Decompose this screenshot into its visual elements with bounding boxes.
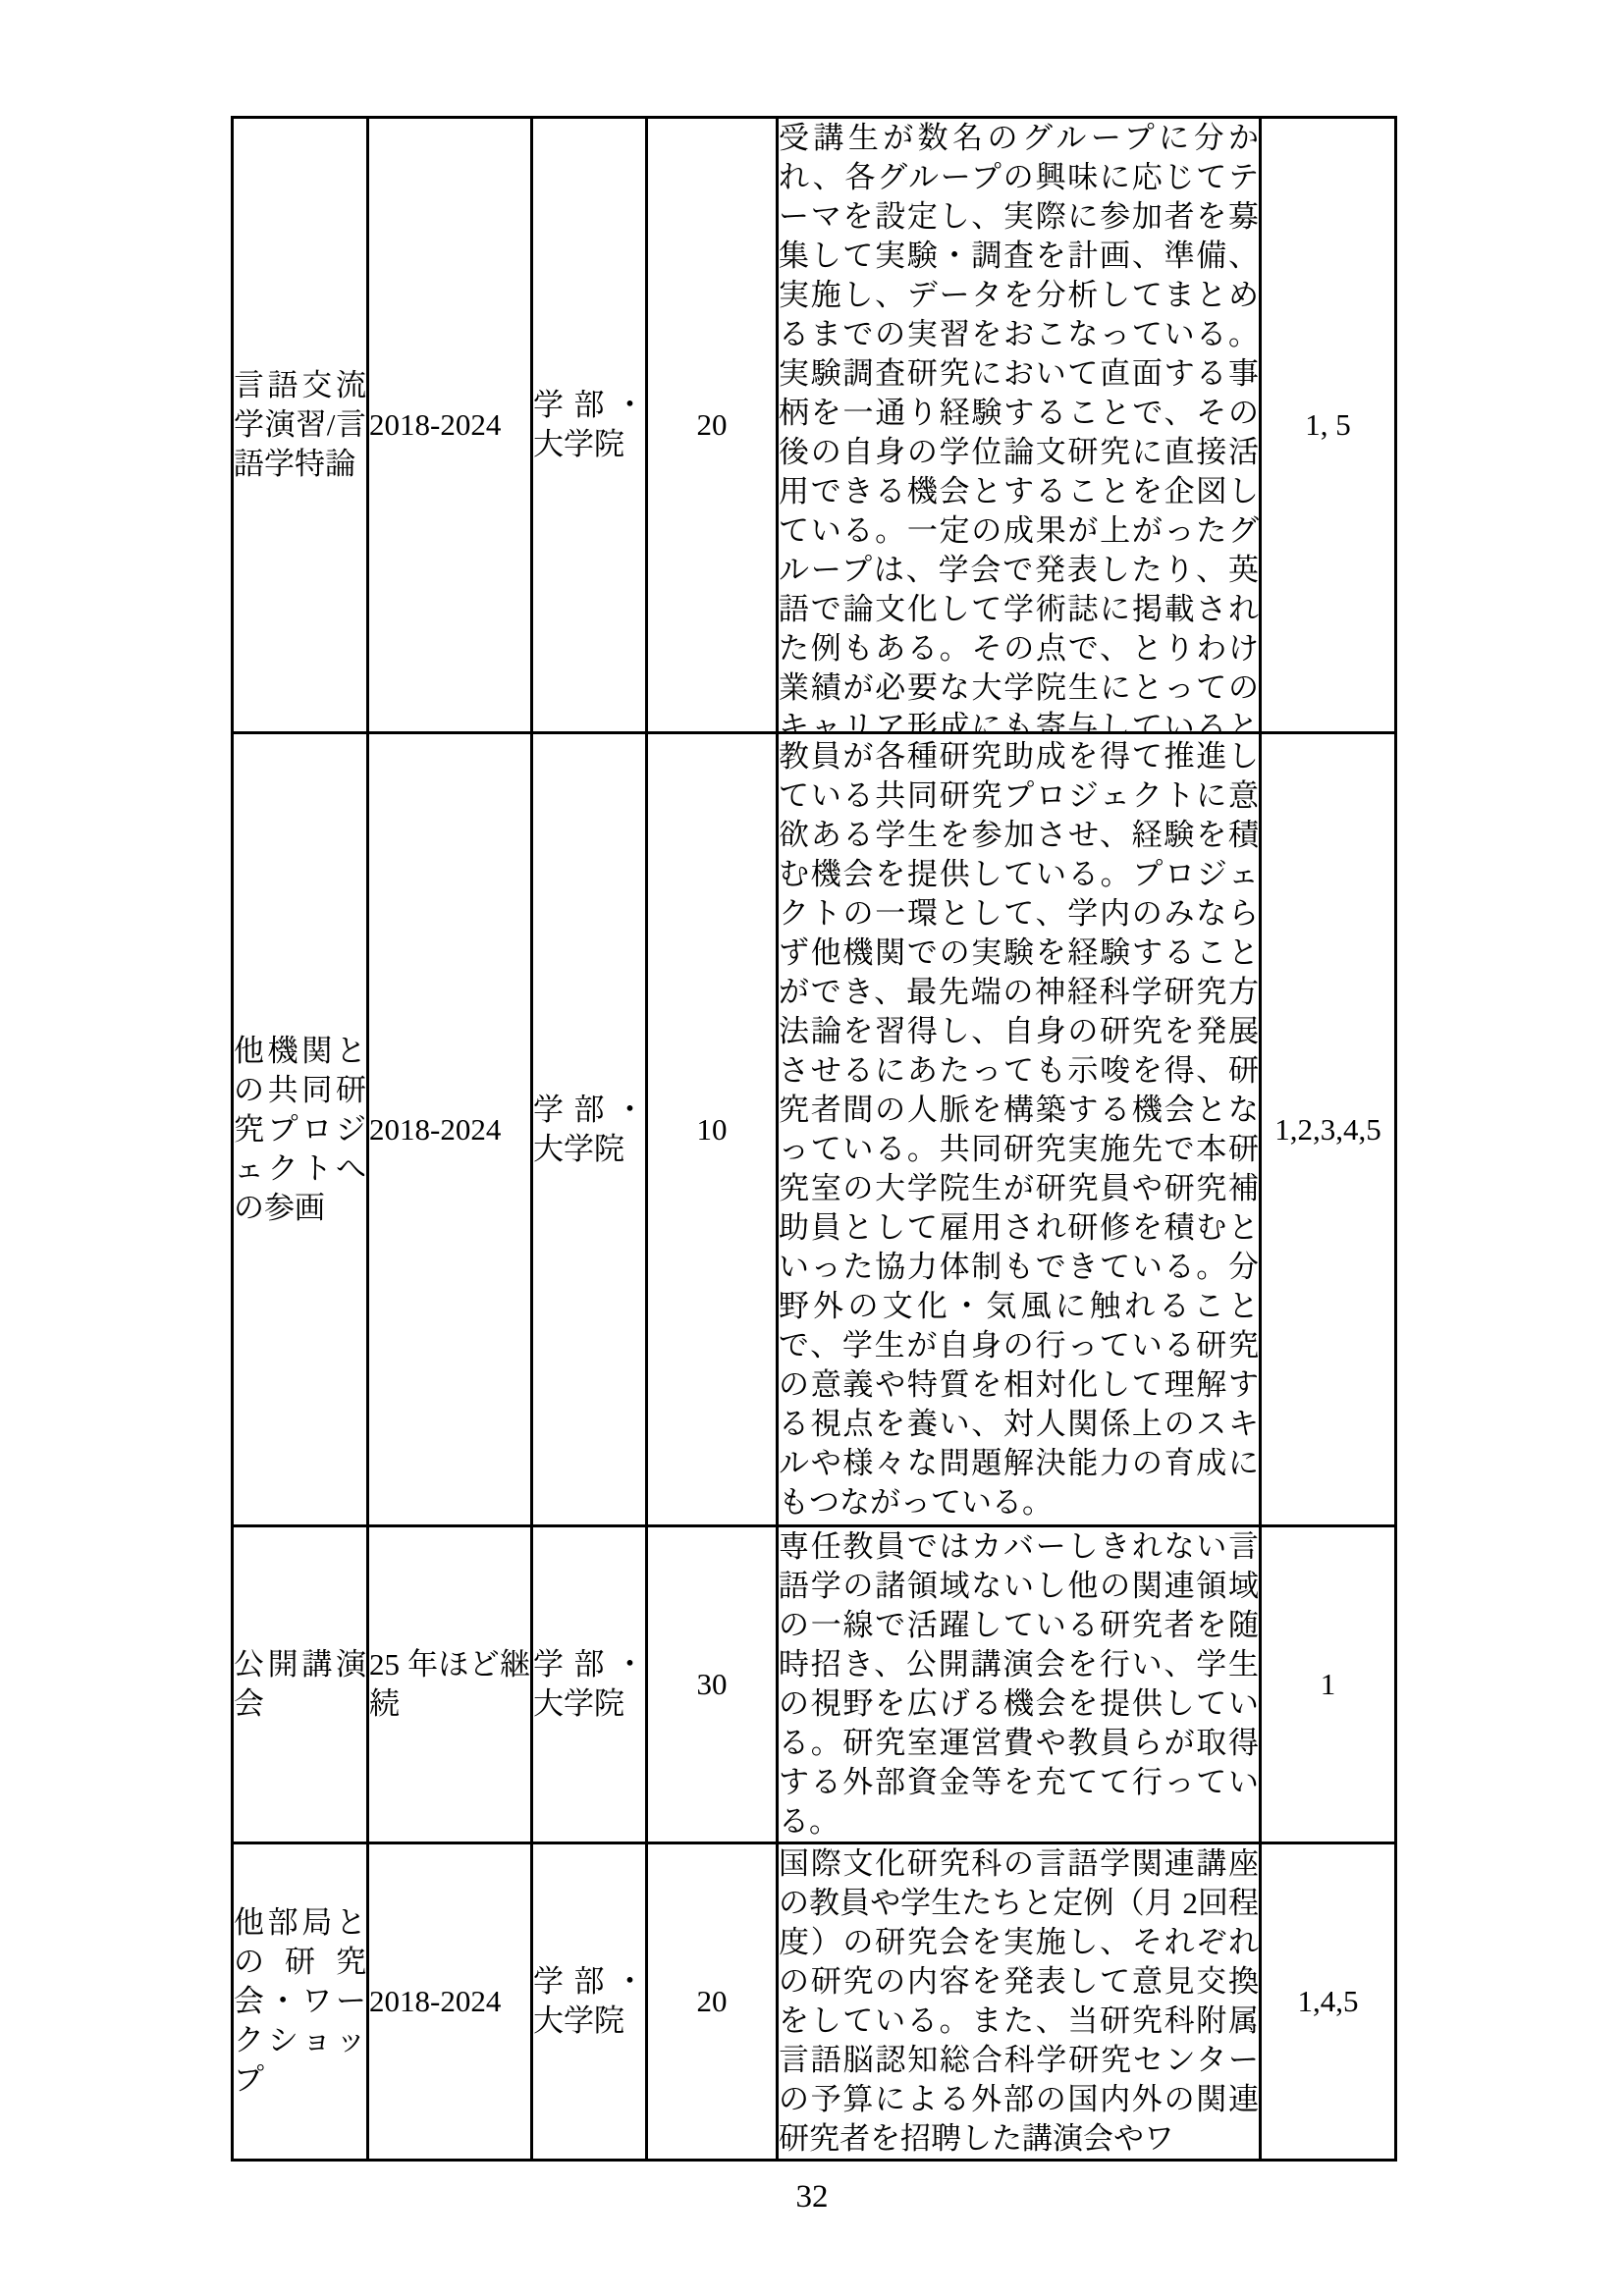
participants: 30 [648,1665,776,1704]
level: 学部・大学院 [533,1962,645,2041]
description-cell: 教員が各種研究助成を得て推進している共同研究プロジェクトに意欲ある学生を参加させ… [778,733,1261,1526]
period-cell: 25 年ほど継続 [368,1526,532,1843]
table-row: 他部局との研究会・ワークショップ 2018-2024 学部・大学院 20 国際文… [233,1843,1396,2161]
level: 学部・大学院 [533,1645,645,1724]
participants-cell: 10 [647,733,778,1526]
period-cell: 2018-2024 [368,733,532,1526]
codes-cell: 1,4,5 [1261,1843,1396,2161]
description: 受講生が数名のグループに分かれ、各グループの興味に応じてテーマを設定し、実際に参… [779,119,1259,731]
participants: 20 [648,405,776,445]
table-row: 他機関との共同研究プロジェクトへの参画 2018-2024 学部・大学院 10 … [233,733,1396,1526]
activity-name: 他機関との共同研究プロジェクトへの参画 [234,1032,366,1228]
activity-name-cell: 他機関との共同研究プロジェクトへの参画 [233,733,368,1526]
level-cell: 学部・大学院 [532,733,647,1526]
activity-name: 言語交流学演習/言語学特論 [234,366,366,484]
codes-cell: 1,2,3,4,5 [1261,733,1396,1526]
codes: 1,4,5 [1262,1982,1394,2021]
level-cell: 学部・大学院 [532,1843,647,2161]
description-cell: 受講生が数名のグループに分かれ、各グループの興味に応じてテーマを設定し、実際に参… [778,118,1261,733]
activity-name: 他部局との研究会・ワークショップ [234,1903,366,2100]
period: 25 年ほど継続 [369,1645,530,1724]
period-cell: 2018-2024 [368,1843,532,2161]
period: 2018-2024 [369,1110,530,1149]
table-row: 言語交流学演習/言語学特論 2018-2024 学部・大学院 20 受講生が数名… [233,118,1396,733]
codes-cell: 1 [1261,1526,1396,1843]
description: 教員が各種研究助成を得て推進している共同研究プロジェクトに意欲ある学生を参加させ… [779,737,1259,1522]
description: 国際文化研究科の言語学関連講座の教員や学生たちと定例（月 2回程度）の研究会を実… [779,1844,1259,2159]
description-cell: 専任教員ではカバーしきれない言語学の諸領域ないし他の関連領域の一線で活躍している… [778,1526,1261,1843]
description: 専任教員ではカバーしきれない言語学の諸領域ないし他の関連領域の一線で活躍している… [779,1527,1259,1842]
activity-name-cell: 公開講演会 [233,1526,368,1843]
participants-cell: 20 [647,118,778,733]
activity-name-cell: 他部局との研究会・ワークショップ [233,1843,368,2161]
level-cell: 学部・大学院 [532,118,647,733]
description-cell: 国際文化研究科の言語学関連講座の教員や学生たちと定例（月 2回程度）の研究会を実… [778,1843,1261,2161]
activity-name: 公開講演会 [234,1645,366,1724]
activity-name-cell: 言語交流学演習/言語学特論 [233,118,368,733]
level-cell: 学部・大学院 [532,1526,647,1843]
participants-cell: 30 [647,1526,778,1843]
codes-cell: 1, 5 [1261,118,1396,733]
codes: 1 [1262,1665,1394,1704]
period: 2018-2024 [369,405,530,445]
period-cell: 2018-2024 [368,118,532,733]
page-number: 32 [0,2177,1624,2216]
participants-cell: 20 [647,1843,778,2161]
codes: 1,2,3,4,5 [1262,1110,1394,1149]
participants: 20 [648,1982,776,2021]
table-row: 公開講演会 25 年ほど継続 学部・大学院 30 専任教員ではカバーしきれない言… [233,1526,1396,1843]
codes: 1, 5 [1262,405,1394,445]
level: 学部・大学院 [533,386,645,464]
period: 2018-2024 [369,1982,530,2021]
activities-table: 言語交流学演習/言語学特論 2018-2024 学部・大学院 20 受講生が数名… [231,116,1397,2162]
document-page: 言語交流学演習/言語学特論 2018-2024 学部・大学院 20 受講生が数名… [0,0,1624,2296]
level: 学部・大学院 [533,1091,645,1169]
participants: 10 [648,1110,776,1149]
